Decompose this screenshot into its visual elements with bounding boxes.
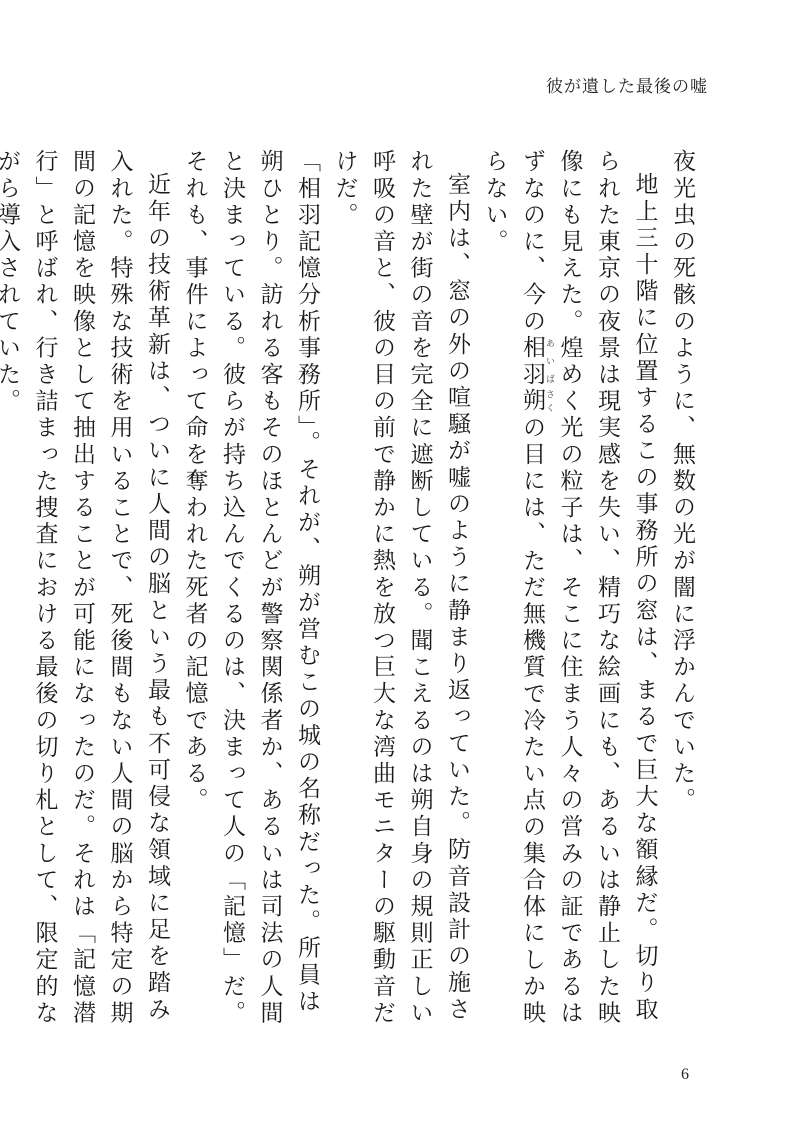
ruby-reading-aiba: あいば [544,335,554,388]
ruby-reading-saku: さく [544,388,554,415]
paragraph-3: 室内は、窓の外の喧騒が嘘のように静まり返っていた。防音設計の施された壁が街の音を… [325,149,475,1029]
ruby-aiba: 相羽あいば [519,335,545,388]
ruby-saku: 朔さく [519,388,545,415]
running-head-title: 彼が遺した最後の嘘 [546,72,708,97]
paragraph-5: 近年の技術革新は、ついに人間の脳という最も不可侵な領域に足を踏み入れた。特殊な技… [0,149,175,1029]
paragraph-1: 夜光虫の死骸のように、無数の光が闇に浮かんでいた。 [663,149,701,1029]
page-number: 6 [681,1066,689,1084]
body-text: 夜光虫の死骸のように、無数の光が闇に浮かんでいた。 地上三十階に位置するこの事務… [140,149,700,1029]
paragraph-4: 「相羽記憶分析事務所」。それが、朔が営むこの城の名称だった。所員は朔ひとり。訪れ… [175,149,325,1029]
paragraph-2: 地上三十階に位置するこの事務所の窓は、まるで巨大な額縁だ。切り取られた東京の夜景… [475,149,663,1029]
